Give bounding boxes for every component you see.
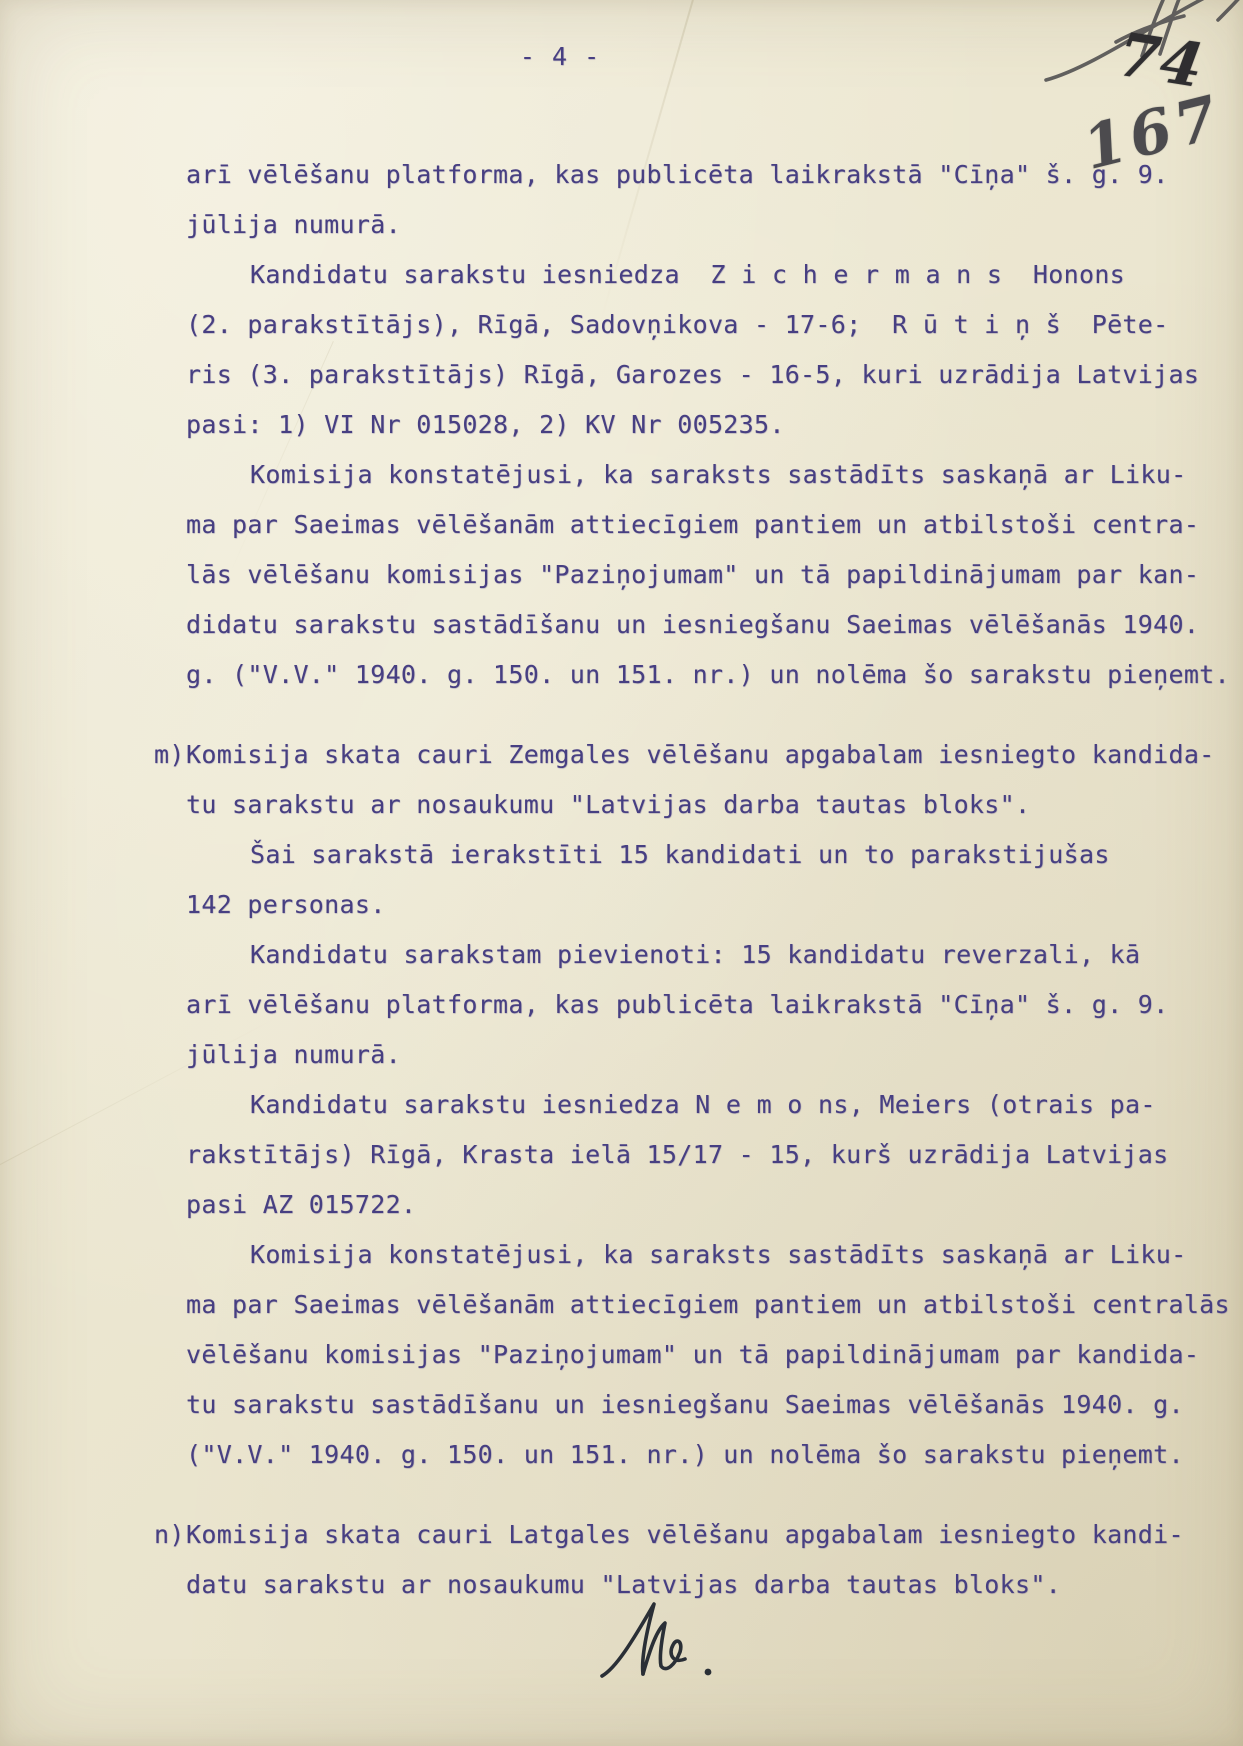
text-line: Komisija konstatējusi, ka saraksts sastā… [186, 450, 1243, 500]
text-line: Komisija skata cauri Latgales vēlēšanu a… [186, 1510, 1243, 1560]
text-line: (2. parakstītājs), Rīgā, Sadovņikova - 1… [186, 300, 1243, 350]
text-line: Šai sarakstā ierakstīti 15 kandidati un … [186, 830, 1243, 880]
text-line: ("V.V." 1940. g. 150. un 151. nr.) un no… [186, 1430, 1243, 1480]
paragraph-komisija-konstatejusi-2: Komisija konstatējusi, ka saraksts sastā… [186, 1230, 1243, 1480]
list-marker-m: m) [154, 730, 185, 780]
paragraph-zichermans: Kandidatu sarakstu iesniedza Z i c h e r… [186, 250, 1243, 450]
text-line: Kandidatu sarakstam pievienoti: 15 kandi… [186, 930, 1243, 980]
paragraph-sai-saraksta: Šai sarakstā ierakstīti 15 kandidati un … [186, 830, 1243, 930]
paragraph-item-m: m) Komisija skata cauri Zemgales vēlēšan… [186, 730, 1243, 830]
list-marker-n: n) [154, 1510, 185, 1560]
paragraph-pievienoti: Kandidatu sarakstam pievienoti: 15 kandi… [186, 930, 1243, 1080]
paragraph-nemons: Kandidatu sarakstu iesniedza N e m o ns,… [186, 1080, 1243, 1230]
text-line: arī vēlēšanu platforma, kas publicēta la… [186, 150, 1243, 200]
text-line: 142 personas. [186, 880, 1243, 930]
text-line: Komisija skata cauri Zemgales vēlēšanu a… [186, 730, 1243, 780]
signature-icon [596, 1596, 746, 1688]
text-line: ris (3. parakstītājs) Rīgā, Garozes - 16… [186, 350, 1243, 400]
paragraph-komisija-konstatejusi-1: Komisija konstatējusi, ka saraksts sastā… [186, 450, 1243, 700]
text-line: jūlija numurā. [186, 1030, 1243, 1080]
text-line: g. ("V.V." 1940. g. 150. un 151. nr.) un… [186, 650, 1243, 700]
text-line: lās vēlēšanu komisijas "Paziņojumam" un … [186, 550, 1243, 600]
text-line: vēlēšanu komisijas "Paziņojumam" un tā p… [186, 1330, 1243, 1380]
text-line: arī vēlēšanu platforma, kas publicēta la… [186, 980, 1243, 1030]
paragraph-item-n: n) Komisija skata cauri Latgales vēlēšan… [186, 1510, 1243, 1610]
text-line: tu sarakstu sastādīšanu un iesniegšanu S… [186, 1380, 1243, 1430]
text-line: ma par Saeimas vēlēšanām attiecīgiem pan… [186, 1280, 1243, 1330]
signature-mark: Mh. [596, 1596, 746, 1692]
text-line: pasi AZ 015722. [186, 1180, 1243, 1230]
text-line: tu sarakstu ar nosaukumu "Latvijas darba… [186, 780, 1243, 830]
text-line: pasi: 1) VI Nr 015028, 2) KV Nr 005235. [186, 400, 1243, 450]
text-line: Kandidatu sarakstu iesniedza Z i c h e r… [186, 250, 1243, 300]
text-line: didatu sarakstu sastādīšanu un iesniegša… [186, 600, 1243, 650]
text-line: Komisija konstatējusi, ka saraksts sastā… [186, 1230, 1243, 1280]
document-body: arī vēlēšanu platforma, kas publicēta la… [186, 150, 1243, 1610]
strikethrough-scribble-icon [1032, 0, 1243, 112]
document-page: - 4 - 74 167 arī vēlēšanu platforma, kas… [0, 0, 1243, 1746]
text-line: rakstītājs) Rīgā, Krasta ielā 15/17 - 15… [186, 1130, 1243, 1180]
text-line: ma par Saeimas vēlēšanām attiecīgiem pan… [186, 500, 1243, 550]
text-line: jūlija numurā. [186, 200, 1243, 250]
text-line: Kandidatu sarakstu iesniedza N e m o ns,… [186, 1080, 1243, 1130]
page-number: - 4 - [0, 42, 1120, 71]
paragraph-continuation: arī vēlēšanu platforma, kas publicēta la… [186, 150, 1243, 250]
